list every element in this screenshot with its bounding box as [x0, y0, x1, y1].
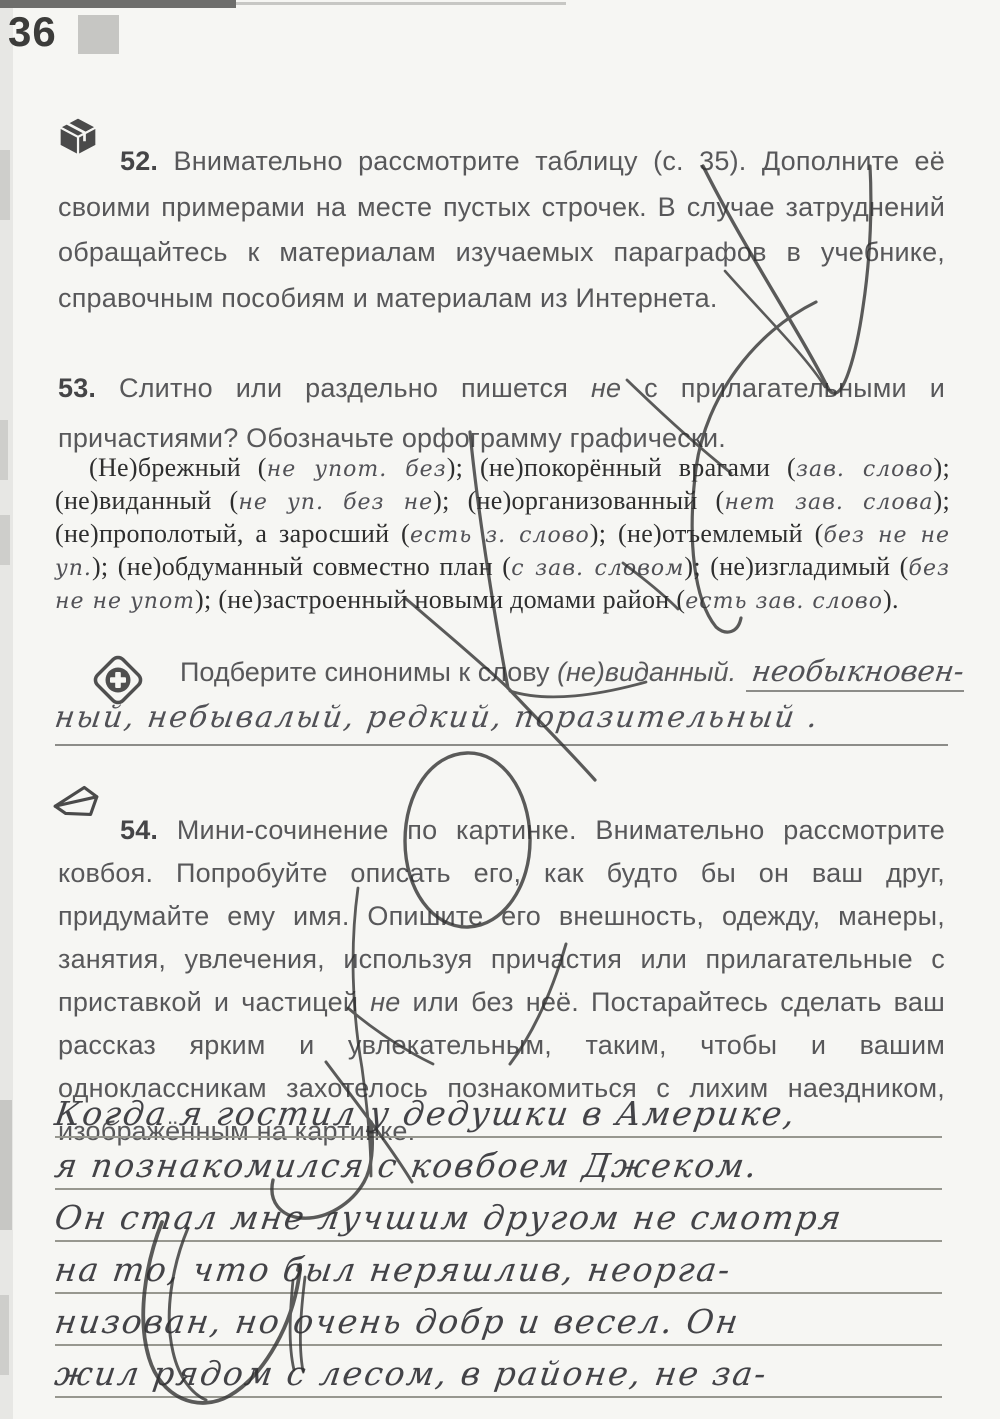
- list-item: (не)застроенный новыми домами район (ест…: [218, 585, 898, 614]
- list-item: (не)обдуманный совместно план (с зав. сл…: [118, 552, 710, 581]
- handwritten-note: есть зав. слово: [685, 589, 883, 614]
- handwritten-essay: Когда я гостил у дедушки в Америке, я по…: [55, 1086, 942, 1398]
- scan-top-bar: [0, 0, 236, 8]
- workbook-page: 36 52. Внимательно рассмотрите таблицу (…: [0, 0, 1000, 1419]
- page-number: 36: [8, 8, 57, 56]
- handwritten-note: не упот. без: [267, 457, 447, 482]
- exercise-52-paragraph: 52. Внимательно рассмотрите таблицу (с. …: [58, 139, 945, 321]
- handwritten-note: не уп. без не: [238, 490, 433, 515]
- essay-line: на то, что был неряшлив, неорга-: [55, 1242, 942, 1294]
- list-item: (не)прополотый, а заросший (есть з. слов…: [55, 519, 618, 548]
- exercise-53-number: 53.: [58, 373, 96, 403]
- scan-blotch: [0, 420, 8, 480]
- handwritten-answer-line-2: ный, небывалый, редкий, поразительный .: [55, 700, 948, 746]
- essay-line: я познакомился с ковбоем Джеком.: [55, 1138, 942, 1190]
- exercise-54-emphasis: не: [370, 987, 400, 1017]
- exercise-52-number: 52.: [120, 146, 158, 176]
- page-corner-square: [78, 15, 119, 54]
- essay-line: Когда я гостил у дедушки в Америке,: [55, 1086, 942, 1138]
- exercise-53-paragraph: 53. Слитно или раздельно пишется не с пр…: [58, 363, 945, 463]
- handwritten-note: зав. слово: [796, 457, 934, 482]
- scan-blotch: [0, 1295, 9, 1375]
- handwritten-note: нет зав. слова: [724, 490, 933, 515]
- essay-line: жил рядом с лесом, в районе, не за-: [55, 1346, 942, 1398]
- list-item: (не)виданный (не уп. без не);: [55, 486, 468, 515]
- scan-blotch: [0, 515, 10, 565]
- list-item: (Не)брежный (не упот. без);: [89, 453, 480, 482]
- exercise-54-number: 54.: [120, 815, 158, 845]
- list-item: (не)покорённый врагами (зав. слово);: [480, 453, 950, 482]
- essay-line: низован, но очень добр и весел. Он: [55, 1294, 942, 1346]
- essay-line: Он стал мне лучшим другом не смотря: [55, 1190, 942, 1242]
- synonyms-task-row: Подберите синонимы к слову (не)виданный.…: [180, 654, 952, 692]
- exercise-53-text-1: Слитно или раздельно пишется: [96, 373, 591, 403]
- handwritten-answer-line-1: необыкновен-: [746, 654, 964, 692]
- scan-blotch: [0, 150, 10, 220]
- list-item: (не)организованный (нет зав. слова);: [468, 486, 950, 515]
- synonyms-prompt: Подберите синонимы к слову (не)виданный.: [180, 657, 736, 688]
- exercise-52-text: Внимательно рассмотрите таблицу (с. 35).…: [58, 146, 945, 313]
- scan-top-line: [236, 2, 566, 5]
- scan-blotch: [0, 1100, 12, 1230]
- exercise-53-word-list: (Не)брежный (не упот. без); (не)покорённ…: [55, 452, 950, 617]
- synonyms-target-word: (не)виданный.: [557, 657, 736, 687]
- exercise-53-emphasis: не: [591, 373, 621, 403]
- handwritten-note: есть з. слово: [410, 523, 590, 548]
- handwritten-note: с зав. словом: [511, 556, 684, 581]
